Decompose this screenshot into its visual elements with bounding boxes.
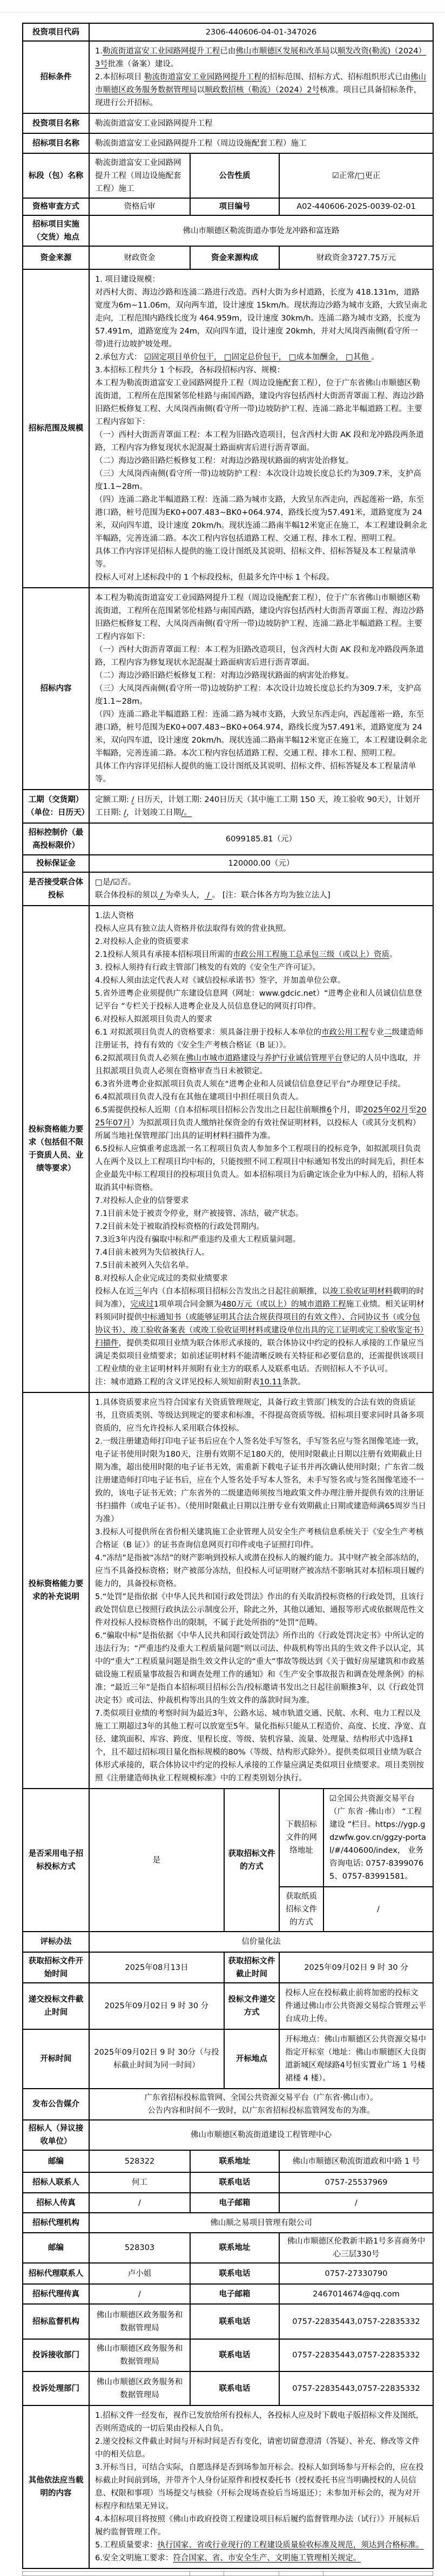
- agency-phone-label: 联系电话: [190, 2263, 279, 2284]
- funds-composition-label: 资金来源构成: [190, 246, 279, 269]
- submit-method-label: 投标文件递交方式: [224, 1983, 279, 2029]
- row-opening-time: 开标时间 2025年09月02日 9 时 30分（与投标截止时间为同一时间） 开…: [23, 2029, 433, 2089]
- row-bid-bond: 投标保证金 120000.00（元）: [23, 855, 433, 872]
- electronic-bidding-value: 是: [89, 1789, 224, 1932]
- download-url-value: ☑全国公共资源交易平台（广 东省 ·佛山市） “工程建设 ”栏目。https:/…: [323, 1789, 433, 1887]
- row-qualification-req: 投标资格能力要求（包括但不限于资质人员、业绩等要求） 1.法人资格投标人应具有独…: [23, 906, 433, 1392]
- tenderer-postcode-value: 528322: [89, 2150, 190, 2172]
- row-tenderer-postcode: 邮编 528322 联系地址 佛山市顺德区勒流街道政和中路 1 号: [23, 2150, 433, 2172]
- section-name-label: 标段（包）名称: [23, 153, 89, 198]
- agency-phone-value: 0757-27330790: [279, 2263, 433, 2284]
- row-agency-postcode: 邮编 528303 联系地址 佛山市顺德区伦教新丰路1号多喜商务中心三层330号: [23, 2233, 433, 2263]
- tender-name-value: 勒流街道富安工业园路网提升工程（周边设施配套工程）施工: [89, 133, 433, 153]
- row-agency-fax: 招标代理传真 / 电子邮箱 2467014674@qq.com: [23, 2284, 433, 2304]
- funds-label: 资金来源: [23, 246, 89, 269]
- agency-contact-label: 招标代理联系人: [23, 2263, 89, 2284]
- empty-cell: [23, 2572, 190, 2576]
- paper-doc-method-value: /: [323, 1887, 433, 1932]
- funds-value: 财政资金: [89, 246, 190, 269]
- row-tenderer-contact: 招标人联系人 何工 联系电话 0757-25537969: [23, 2172, 433, 2193]
- tenderer-postcode-label: 邮编: [23, 2150, 89, 2172]
- complaint-handle-value: 佛山市顺德区政务服务和数据管理局: [89, 2371, 190, 2405]
- location-label: 招标项目实施（交货）地点: [23, 215, 89, 246]
- download-url-label: 下载招标文件的网络地址: [279, 1789, 323, 1887]
- electronic-bidding-label: 是否采用电子招标投标方式: [23, 1789, 89, 1932]
- doc-deadline-label: 获取招标文件截止时间: [224, 1952, 279, 1983]
- bid-bond-label: 投标保证金: [23, 855, 89, 872]
- scope-value: 1. 项目建设规模：对西村大街、海边沙路和连涌二路进行改造。西村大街为乡村道路，…: [89, 269, 433, 588]
- row-tender-name: 招标项目名称 勒流街道富安工业园路网提升工程（周边设施配套工程）施工: [23, 133, 433, 153]
- control-price-value: 6099185.81（元）: [89, 823, 433, 855]
- row-announce-media: 发布公告媒介 广东省招标投标监管网、全国公共资源交易平台（广东省·佛山市）。公告…: [23, 2089, 433, 2120]
- investment-name-label: 投资项目名称: [23, 113, 89, 133]
- row-tenderer-fax: 招标人传真 / 电子邮箱 /: [23, 2193, 433, 2213]
- tenderer-address-value: 佛山市顺德区勒流街道政和中路 1 号: [279, 2150, 433, 2172]
- agency-address-value: 佛山市顺德区伦教新丰路1号多喜商务中心三层330号: [279, 2233, 433, 2263]
- consortium-value: □是/☑否。联合体投标的须以 / 为牵头人， / 。 [注：联合体各方均为独立法…: [89, 872, 433, 906]
- supervisor-label: 招标监督机构: [23, 2304, 89, 2339]
- consortium-label: 是否接受联合体投标: [23, 872, 89, 906]
- scope-label: 招标范围及规模: [23, 269, 89, 588]
- tenderer-email-value: /: [279, 2193, 433, 2213]
- empty-cell: [279, 2572, 323, 2576]
- agency-value: 佛山顺之易项目管理有限公司: [89, 2213, 433, 2233]
- row-investment-code: 投资项目代码 2306-440606-04-01-347026: [23, 23, 433, 41]
- agency-fax-label: 招标代理传真: [23, 2284, 89, 2304]
- row-content: 招标内容 本工程为勒流街道富安工业园路网提升工程（周边设施配套工程），位于广东省…: [23, 588, 433, 790]
- tenderer-fax-label: 招标人传真: [23, 2193, 89, 2213]
- tenderer-address-label: 联系地址: [190, 2150, 279, 2172]
- row-duration: 工期（交货期）（单位：日历天） 定额工期: / 日历天，计划工期: 240日历天…: [23, 790, 433, 823]
- opening-time-value: 2025年09月02日 9 时 30分（与投标截止时间为同一时间）: [89, 2029, 224, 2089]
- agency-postcode-value: 528303: [89, 2233, 190, 2263]
- announce-media-value: 广东省招标投标监管网、全国公共资源交易平台（广东省·佛山市）。公告内容和时间不一…: [89, 2089, 433, 2120]
- agency-label: 招标代理机构: [23, 2213, 89, 2233]
- investment-code-value: 2306-440606-04-01-347026: [89, 23, 433, 41]
- notice-nature-label: 公告性质: [190, 153, 279, 198]
- doc-obtain-method-label: 获取招标文件的方式: [224, 1789, 279, 1932]
- row-scope: 招标范围及规模 1. 项目建设规模：对西村大街、海边沙路和连涌二路进行改造。西村…: [23, 269, 433, 588]
- row-qualification-supplement: 投标资格能力要求的补充说明 1.具体资质要求应当符合国家有关资质管理规定，具备行…: [23, 1392, 433, 1789]
- other-value: 1.招标文件一经发布，视作已发放给所有投标人，各投标人应及时下载电子版招标文件及…: [89, 2405, 433, 2568]
- row-complaint-receive: 投诉接收部门 佛山市顺德区政务服务和数据管理局 联系电话 0757-228354…: [23, 2339, 433, 2371]
- doc-start-time-value: 2025年08月13日: [89, 1952, 224, 1983]
- qualification-review-label: 资格审查方式: [23, 198, 89, 215]
- paper-doc-method-label: 获取纸质招标文件的方式: [279, 1887, 323, 1932]
- doc-deadline-value: 2025年09月02日 9 时 30 分: [279, 1952, 433, 1983]
- row-section-name: 标段（包）名称 勒流街道富安工业园路网提升工程（周边设施配套工程）施工 公告性质…: [23, 153, 433, 198]
- tenderer-fax-value: /: [89, 2193, 190, 2213]
- other-label: 其他依法应当载明的内容: [23, 2405, 89, 2568]
- tenderer-phone-value: 0757-25537969: [279, 2172, 433, 2193]
- row-evaluation-method: 评标办法 信价量化法: [23, 1932, 433, 1952]
- project-number-label: 项目编号: [190, 198, 279, 215]
- tender-announcement-table: 投资项目代码 2306-440606-04-01-347026 招标条件 1.勒…: [22, 23, 434, 2569]
- opening-time-label: 开标时间: [23, 2029, 89, 2089]
- complaint-handle-phone-value: 0757-22835443,0757-22835332: [279, 2371, 433, 2405]
- row-bid-conditions: 招标条件 1.勒流街道富安工业园路网提升工程已由佛山市顺德区发展和改革局以顺发改…: [23, 41, 433, 113]
- row-tenderer: 招标人（异议接收单位） 佛山市顺德区勒流街道建设工程管理中心: [23, 2120, 433, 2150]
- agency-email-label: 电子邮箱: [190, 2284, 279, 2304]
- tenderer-phone-label: 联系电话: [190, 2172, 279, 2193]
- announce-media-label: 发布公告媒介: [23, 2089, 89, 2120]
- agency-address-label: 联系地址: [190, 2233, 279, 2263]
- agency-email-value: 2467014674@qq.com: [279, 2284, 433, 2304]
- complaint-receive-value: 佛山市顺德区政务服务和数据管理局: [89, 2339, 190, 2371]
- duration-value: 定额工期: / 日历天，计划工期: 240日历天（其中施工工期 150 天，竣工…: [89, 790, 433, 823]
- qualification-supplement-label: 投标资格能力要求的补充说明: [23, 1392, 89, 1789]
- bid-conditions-value: 1.勒流街道富安工业园路网提升工程已由佛山市顺德区发展和改革局以顺发改资(勒流)…: [89, 41, 433, 113]
- row-agency-contact: 招标代理联系人 卢小姐 联系电话 0757-27330790: [23, 2263, 433, 2284]
- empty-footer-cells: [23, 2572, 433, 2576]
- opening-place-value: 开标地点：佛山市顺德区公共资源交易中指定开标室（地址：佛山市顺德区大良街道新城区…: [279, 2029, 433, 2089]
- investment-code-label: 投资项目代码: [23, 23, 89, 41]
- submit-method-value: 投标人应在投标截止前将加密的投标文 件通过佛山市公共资源交易综合管理云平台成功上…: [279, 1983, 433, 2029]
- row-doc-start-time: 获取招标文件开始时间 2025年08月13日 获取招标文件截止时间 2025年0…: [23, 1952, 433, 1983]
- complaint-handle-phone-label: 联系电话: [190, 2371, 279, 2405]
- qualification-req-label: 投标资格能力要求（包括但不限于资质人员、业绩等要求）: [23, 906, 89, 1392]
- row-submit-deadline: 递交投标文件截止时间 2025年09月02日 9 时 30 分 投标文件递交方式…: [23, 1983, 433, 2029]
- notice-nature-value: ☑正常/□更正: [279, 153, 433, 198]
- agency-contact-value: 卢小姐: [89, 2263, 190, 2284]
- content-value: 本工程为勒流街道富安工业园路网提升工程（周边设施配套工程），位于广东省佛山市顺德…: [89, 588, 433, 790]
- section-name-value: 勒流街道富安工业园路网提升工程（周边设施配套工程）施工: [89, 153, 190, 198]
- complaint-handle-label: 投诉处理部门: [23, 2371, 89, 2405]
- empty-cell: [323, 2572, 433, 2576]
- tenderer-email-label: 电子邮箱: [190, 2193, 279, 2213]
- empty-footer-row: [22, 2571, 433, 2576]
- location-value: 佛山市顺德区勒流街道办事处龙冲路和富连路: [89, 215, 433, 246]
- row-supervisor: 招标监督机构 佛山市顺德区政务服务和数据管理局 联系电话 0757-228354…: [23, 2304, 433, 2339]
- row-other: 其他依法应当载明的内容 1.招标文件一经发布，视作已发放给所有投标人，各投标人应…: [23, 2405, 433, 2568]
- supervisor-phone-value: 0757-22835443,0757-22835332: [279, 2304, 433, 2339]
- row-control-price: 招标控制价（最高投标限价） 6099185.81（元）: [23, 823, 433, 855]
- control-price-label: 招标控制价（最高投标限价）: [23, 823, 89, 855]
- tender-name-label: 招标项目名称: [23, 133, 89, 153]
- content-label: 招标内容: [23, 588, 89, 790]
- complaint-receive-label: 投诉接收部门: [23, 2339, 89, 2371]
- tenderer-contact-label: 招标人联系人: [23, 2172, 89, 2193]
- investment-name-value: 勒流街道富安工业园路网提升工程: [89, 113, 433, 133]
- row-consortium: 是否接受联合体投标 □是/☑否。联合体投标的须以 / 为牵头人， / 。 [注：…: [23, 872, 433, 906]
- supervisor-value: 佛山市顺德区政务服务和数据管理局: [89, 2304, 190, 2339]
- row-qualification-review: 资格审查方式 资格后审 项目编号 A02-440606-2025-0039-02…: [23, 198, 433, 215]
- bid-conditions-label: 招标条件: [23, 41, 89, 113]
- qualification-supplement-value: 1.具体资质要求应当符合国家有关资质管理规定，具备行政主管部门核发的合法有效的资…: [89, 1392, 433, 1789]
- empty-cell: [224, 2572, 279, 2576]
- qualification-req-value: 1.法人资格投标人应具有独立法人资格并依法取得有效的营业执照。2.对投标人企业的…: [89, 906, 433, 1392]
- qualification-review-value: 资格后审: [89, 198, 190, 215]
- top-divider: [0, 0, 445, 12]
- complaint-receive-phone-value: 0757-22835443,0757-22835332: [279, 2339, 433, 2371]
- row-funds: 资金来源 财政资金 资金来源构成 财政资金3727.75万元: [23, 246, 433, 269]
- duration-label: 工期（交货期）（单位：日历天）: [23, 790, 89, 823]
- row-location: 招标项目实施（交货）地点 佛山市顺德区勒流街道办事处龙冲路和富连路: [23, 215, 433, 246]
- row-investment-name: 投资项目名称 勒流街道富安工业园路网提升工程: [23, 113, 433, 133]
- evaluation-method-value: 信价量化法: [89, 1932, 433, 1952]
- submit-deadline-label: 递交投标文件截止时间: [23, 1983, 89, 2029]
- tenderer-label: 招标人（异议接收单位）: [23, 2120, 89, 2150]
- row-agency: 招标代理机构 佛山顺之易项目管理有限公司: [23, 2213, 433, 2233]
- agency-fax-value: /: [89, 2284, 190, 2304]
- funds-composition-value: 财政资金3727.75万元: [279, 246, 433, 269]
- evaluation-method-label: 评标办法: [23, 1932, 89, 1952]
- project-number-value: A02-440606-2025-0039-02-01: [279, 198, 433, 215]
- tenderer-contact-value: 何工: [89, 2172, 190, 2193]
- row-complaint-handle: 投诉处理部门 佛山市顺德区政务服务和数据管理局 联系电话 0757-228354…: [23, 2371, 433, 2405]
- row-electronic-bidding: 是否采用电子招标投标方式 是 获取招标文件的方式 下载招标文件的网络地址 ☑全国…: [23, 1789, 433, 1887]
- doc-start-time-label: 获取招标文件开始时间: [23, 1952, 89, 1983]
- submit-deadline-value: 2025年09月02日 9 时 30 分: [89, 1983, 224, 2029]
- agency-postcode-label: 邮编: [23, 2233, 89, 2263]
- opening-place-label: 开标地点: [224, 2029, 279, 2089]
- tenderer-value: 佛山市顺德区勒流街道建设工程管理中心: [89, 2120, 433, 2150]
- bid-bond-value: 120000.00（元）: [89, 855, 433, 872]
- empty-cell: [190, 2572, 224, 2576]
- supervisor-phone-label: 联系电话: [190, 2304, 279, 2339]
- complaint-receive-phone-label: 联系电话: [190, 2339, 279, 2371]
